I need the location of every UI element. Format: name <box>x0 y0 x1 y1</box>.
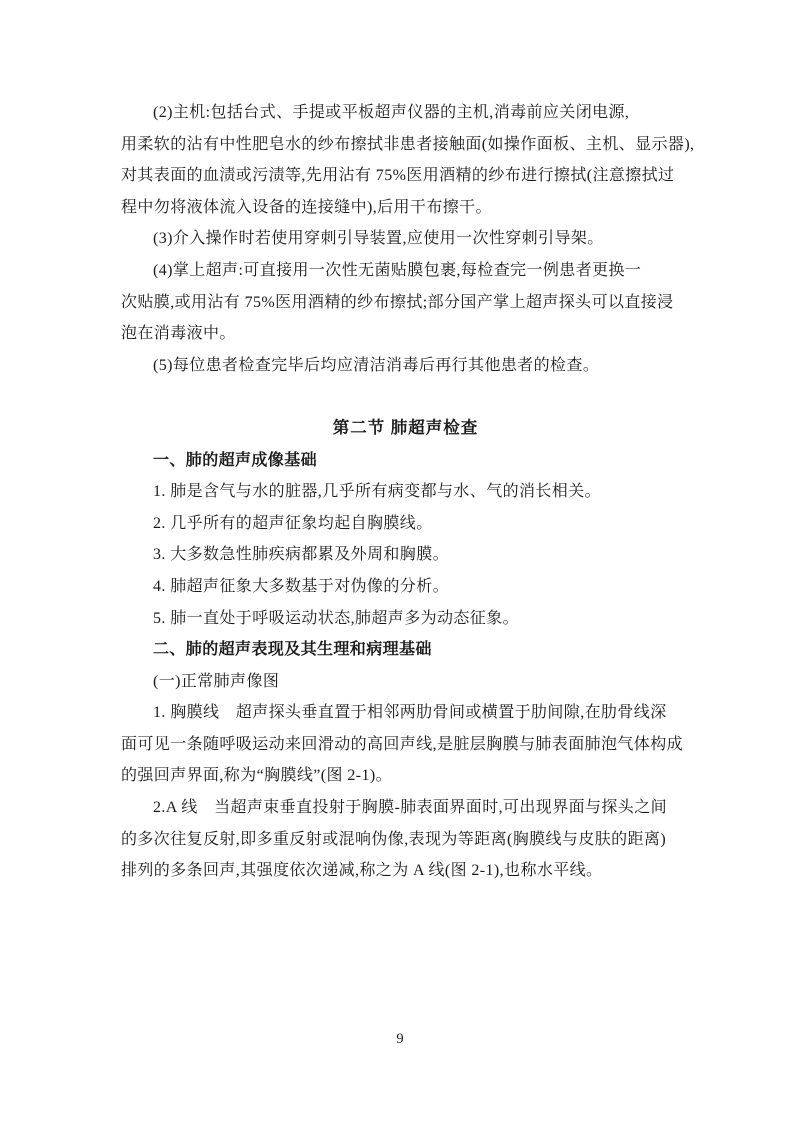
para-puncture-guide-line-1: (3)介入操作时若使用穿刺引导装置,应使用一次性穿刺引导架。 <box>121 223 690 255</box>
page-number: 9 <box>0 1031 800 1048</box>
para-between-patients-line-1: (5)每位患者检查完毕后均应清洁消毒后再行其他患者的检查。 <box>121 350 690 382</box>
list-item-5: 5. 肺一直处于呼吸运动状态,肺超声多为动态征象。 <box>121 603 690 635</box>
para-a-line-line-3: 排列的多条回声,其强度依次递减,称之为 A 线(图 2-1),也称水平线。 <box>121 855 690 887</box>
subheading-normal-lung: (一)正常肺声像图 <box>121 666 690 698</box>
blank-line <box>121 381 690 413</box>
para-handheld-line-2: 次贴膜,或用沾有 75%医用酒精的纱布擦拭;部分国产掌上超声探头可以直接浸 <box>121 287 690 319</box>
para-pleural-line-line-3: 的强回声界面,称为“胸膜线”(图 2-1)。 <box>121 760 690 792</box>
para-mainframe-line-3: 对其表面的血渍或污渍等,先用沾有 75%医用酒精的纱布进行擦拭(注意擦拭过 <box>121 160 690 192</box>
para-pleural-line-line-1: 1. 胸膜线 超声探头垂直置于相邻两肋骨间或横置于肋间隙,在肋骨线深 <box>121 697 690 729</box>
para-pleural-line-line-2: 面可见一条随呼吸运动来回滑动的高回声线,是脏层胸膜与肺表面肺泡气体构成 <box>121 729 690 761</box>
list-item-1: 1. 肺是含气与水的脏器,几乎所有病变都与水、气的消长相关。 <box>121 476 690 508</box>
list-item-4: 4. 肺超声征象大多数基于对伪像的分析。 <box>121 571 690 603</box>
list-item-2: 2. 几乎所有的超声征象均起自胸膜线。 <box>121 508 690 540</box>
para-a-line-line-1: 2.A 线 当超声束垂直投射于胸膜-肺表面界面时,可出现界面与探头之间 <box>121 792 690 824</box>
para-handheld-line-3: 泡在消毒液中。 <box>121 318 690 350</box>
document-page: (2)主机:包括台式、手提或平板超声仪器的主机,消毒前应关闭电源, 用柔软的沾有… <box>0 0 800 1131</box>
para-mainframe-line-2: 用柔软的沾有中性肥皂水的纱布擦拭非患者接触面(如操作面板、主机、显示器), <box>121 129 690 161</box>
para-handheld-line-1: (4)掌上超声:可直接用一次性无菌贴膜包裹,每检查完一例患者更换一 <box>121 255 690 287</box>
text-block: (2)主机:包括台式、手提或平板超声仪器的主机,消毒前应关闭电源, 用柔软的沾有… <box>121 97 690 887</box>
para-mainframe-line-4: 程中勿将液体流入设备的连接缝中),后用干布擦干。 <box>121 192 690 224</box>
heading-imaging-basis: 一、肺的超声成像基础 <box>121 445 690 477</box>
para-mainframe-line-1: (2)主机:包括台式、手提或平板超声仪器的主机,消毒前应关闭电源, <box>121 97 690 129</box>
list-item-3: 3. 大多数急性肺疾病都累及外周和胸膜。 <box>121 539 690 571</box>
heading-manifestation: 二、肺的超声表现及其生理和病理基础 <box>121 634 690 666</box>
section-title: 第二节 肺超声检查 <box>121 413 690 445</box>
para-a-line-line-2: 的多次往复反射,即多重反射或混响伪像,表现为等距离(胸膜线与皮肤的距离) <box>121 824 690 856</box>
